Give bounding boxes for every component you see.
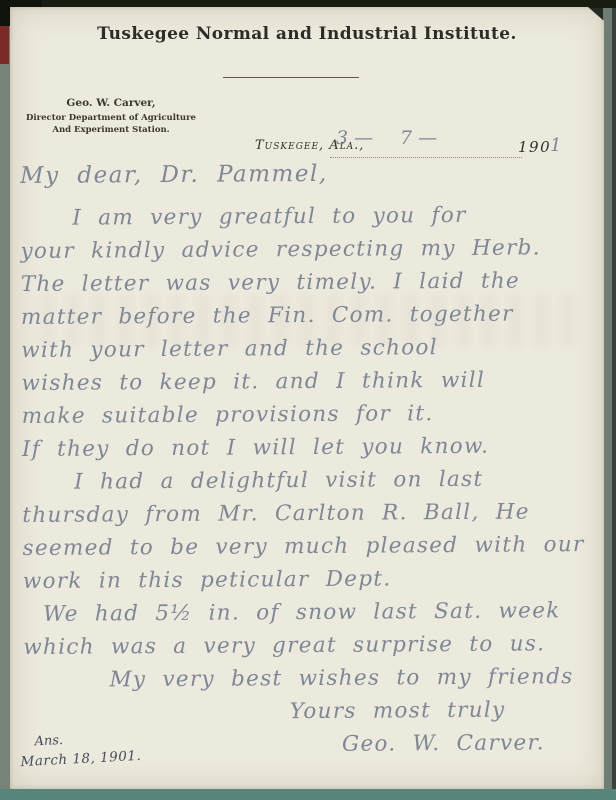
printed-year: 190 bbox=[518, 138, 551, 156]
letter-scan: { "letterhead": { "institution": "Tuskeg… bbox=[0, 0, 616, 800]
letter-line: The letter was very timely. I laid the bbox=[21, 264, 599, 301]
letter-line: My very best wishes to my friends bbox=[23, 660, 601, 697]
scan-edge-bottom bbox=[0, 789, 616, 800]
officer-title-line1: Director Department of Agriculture bbox=[22, 112, 200, 124]
letter-line: wishes to keep it. and I think will bbox=[21, 363, 599, 400]
letter-paper: Tuskegee Normal and Industrial Institute… bbox=[10, 7, 604, 789]
scan-edge-top bbox=[0, 0, 616, 8]
officer-block: Geo. W. Carver, Director Department of A… bbox=[22, 97, 200, 136]
letter-line: We had 5½ in. of snow last Sat. week bbox=[23, 594, 601, 631]
salutation: My dear, Dr. Pammel, bbox=[20, 155, 598, 193]
handwritten-day: 7 — bbox=[400, 127, 437, 149]
letter-line: If they do not I will let you know. bbox=[22, 429, 600, 466]
annotation-answered-date: March 18, 1901. bbox=[20, 748, 141, 770]
letter-line: which was a very great surprise to us. bbox=[23, 627, 601, 664]
letter-line: work in this peticular Dept. bbox=[23, 561, 601, 598]
letter-line: your kindly advice respecting my Herb. bbox=[20, 231, 598, 268]
letter-line: thursday from Mr. Carlton R. Ball, He bbox=[22, 495, 600, 532]
officer-title-line2: And Experiment Station. bbox=[22, 124, 200, 136]
letterhead-title: Tuskegee Normal and Industrial Institute… bbox=[10, 24, 604, 44]
letter-line: I had a delightful visit on last bbox=[22, 462, 600, 499]
letter-body: My dear, Dr. Pammel, I am very greatful … bbox=[20, 155, 602, 763]
letter-line: matter before the Fin. Com. together bbox=[21, 297, 599, 334]
letter-line: seemed to be very much pleased with our bbox=[23, 528, 601, 565]
letter-line: make suitable provisions for it. bbox=[22, 396, 600, 433]
scan-edge-left bbox=[0, 0, 11, 800]
letter-line: Yours most truly bbox=[24, 693, 602, 730]
annotation-block: Ans. March 18, 1901. bbox=[19, 729, 141, 770]
officer-name: Geo. W. Carver, bbox=[22, 97, 200, 109]
scan-edge-right bbox=[603, 0, 616, 800]
letter-lines: I am very greatful to you foryour kindly… bbox=[20, 198, 602, 763]
binding-red-tab bbox=[0, 26, 9, 64]
handwritten-year-digit: 1 bbox=[550, 135, 561, 156]
letter-line: I am very greatful to you for bbox=[20, 198, 598, 235]
letterhead-divider bbox=[223, 77, 359, 78]
letter-line: with your letter and the school bbox=[21, 330, 599, 367]
handwritten-month: 3 — bbox=[336, 127, 373, 149]
